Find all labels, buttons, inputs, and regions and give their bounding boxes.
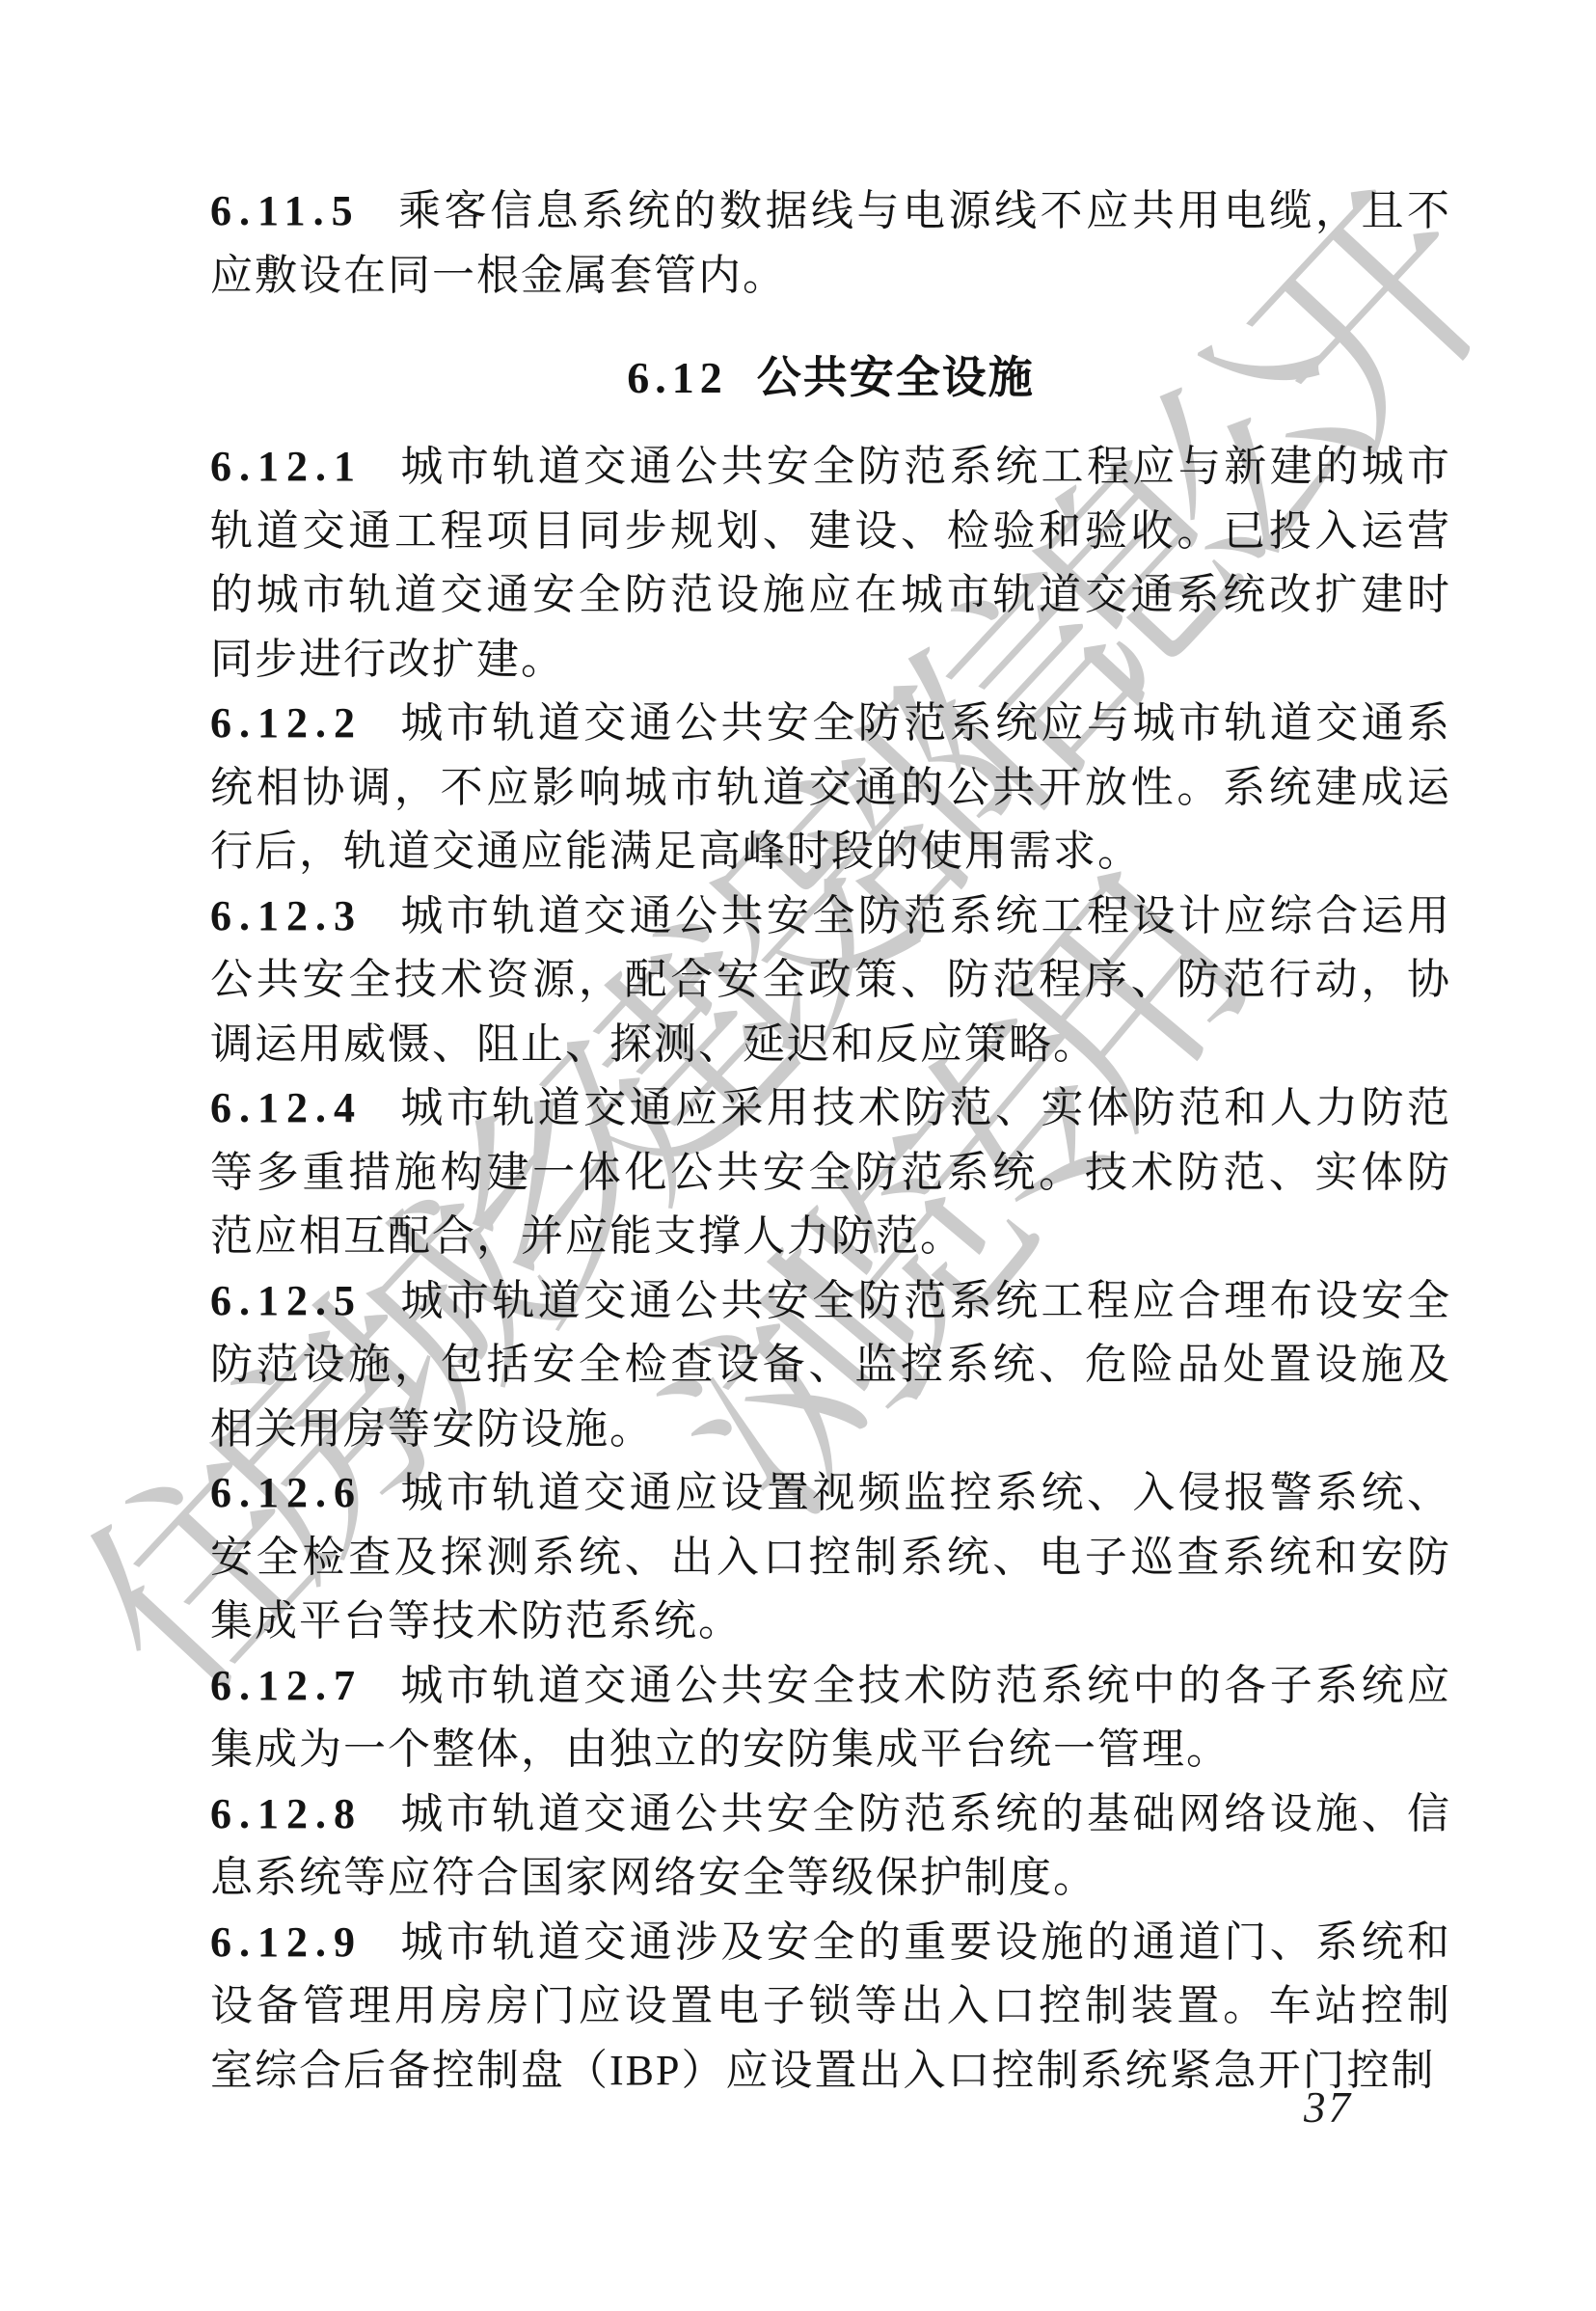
clause-text: 乘客信息系统的数据线与电源线不应共用电缆，且不应敷设在同一根金属套管内。 bbox=[210, 187, 1451, 299]
clause-text: 城市轨道交通公共安全防范系统工程应合理布设安全防范设施，包括安全检查设备、监控系… bbox=[210, 1277, 1451, 1453]
clause-text: 城市轨道交通公共安全防范系统应与城市轨道交通系统相协调，不应影响城市轨道交通的公… bbox=[210, 699, 1451, 875]
clause-6-12-6: 6.12.6城市轨道交通应设置视频监控系统、入侵报警系统、安全检查及探测系统、出… bbox=[210, 1461, 1451, 1654]
clause-number: 6.12.6 bbox=[210, 1469, 363, 1516]
clause-text: 城市轨道交通公共安全防范系统工程应与新建的城市轨道交通工程项目同步规划、建设、检… bbox=[210, 443, 1451, 683]
section-heading: 6.12公共安全设施 bbox=[210, 346, 1451, 410]
clause-number: 6.12.8 bbox=[210, 1790, 363, 1837]
clause-number: 6.12.2 bbox=[210, 699, 363, 747]
clause-6-12-2: 6.12.2城市轨道交通公共安全防范系统应与城市轨道交通系统相协调，不应影响城市… bbox=[210, 692, 1451, 884]
clause-text: 城市轨道交通涉及安全的重要设施的通道门、系统和设备管理用房房门应设置电子锁等出入… bbox=[210, 1918, 1451, 2094]
document-page: 住房城乡建设部信息公开 浏览专用 6.11.5乘客信息系统的数据线与电源线不应共… bbox=[0, 0, 1596, 2311]
clause-number: 6.12.5 bbox=[210, 1277, 363, 1324]
clause-number: 6.11.5 bbox=[210, 187, 361, 234]
clause-number: 6.12.7 bbox=[210, 1662, 363, 1709]
section-heading-title: 公共安全设施 bbox=[757, 353, 1035, 402]
clause-6-12-1: 6.12.1城市轨道交通公共安全防范系统工程应与新建的城市轨道交通工程项目同步规… bbox=[210, 435, 1451, 692]
clause-6-12-8: 6.12.8城市轨道交通公共安全防范系统的基础网络设施、信息系统等应符合国家网络… bbox=[210, 1782, 1451, 1911]
clause-6-12-5: 6.12.5城市轨道交通公共安全防范系统工程应合理布设安全防范设施，包括安全检查… bbox=[210, 1269, 1451, 1462]
clause-text: 城市轨道交通公共安全技术防范系统中的各子系统应集成为一个整体，由独立的安防集成平… bbox=[210, 1662, 1451, 1774]
section-heading-number: 6.12 bbox=[627, 353, 728, 402]
clause-number: 6.12.4 bbox=[210, 1084, 363, 1131]
clause-text: 城市轨道交通公共安全防范系统工程设计应综合运用公共安全技术资源，配合安全政策、防… bbox=[210, 892, 1451, 1068]
clause-6-12-7: 6.12.7城市轨道交通公共安全技术防范系统中的各子系统应集成为一个整体，由独立… bbox=[210, 1654, 1451, 1782]
clause-6-11-5: 6.11.5乘客信息系统的数据线与电源线不应共用电缆，且不应敷设在同一根金属套管… bbox=[210, 179, 1451, 308]
clause-text: 城市轨道交通应设置视频监控系统、入侵报警系统、安全检查及探测系统、出入口控制系统… bbox=[210, 1469, 1451, 1645]
clause-6-12-4: 6.12.4城市轨道交通应采用技术防范、实体防范和人力防范等多重措施构建一体化公… bbox=[210, 1076, 1451, 1269]
page-number: 37 bbox=[1304, 2083, 1353, 2132]
clause-6-12-3: 6.12.3城市轨道交通公共安全防范系统工程设计应综合运用公共安全技术资源，配合… bbox=[210, 884, 1451, 1077]
clause-6-12-9: 6.12.9城市轨道交通涉及安全的重要设施的通道门、系统和设备管理用房房门应设置… bbox=[210, 1911, 1451, 2104]
clause-number: 6.12.9 bbox=[210, 1918, 363, 1966]
clause-text: 城市轨道交通应采用技术防范、实体防范和人力防范等多重措施构建一体化公共安全防范系… bbox=[210, 1084, 1451, 1260]
text-block: 6.11.5乘客信息系统的数据线与电源线不应共用电缆，且不应敷设在同一根金属套管… bbox=[210, 179, 1451, 2103]
clause-number: 6.12.1 bbox=[210, 443, 363, 490]
clause-text: 城市轨道交通公共安全防范系统的基础网络设施、信息系统等应符合国家网络安全等级保护… bbox=[210, 1790, 1451, 1902]
clause-number: 6.12.3 bbox=[210, 892, 363, 939]
